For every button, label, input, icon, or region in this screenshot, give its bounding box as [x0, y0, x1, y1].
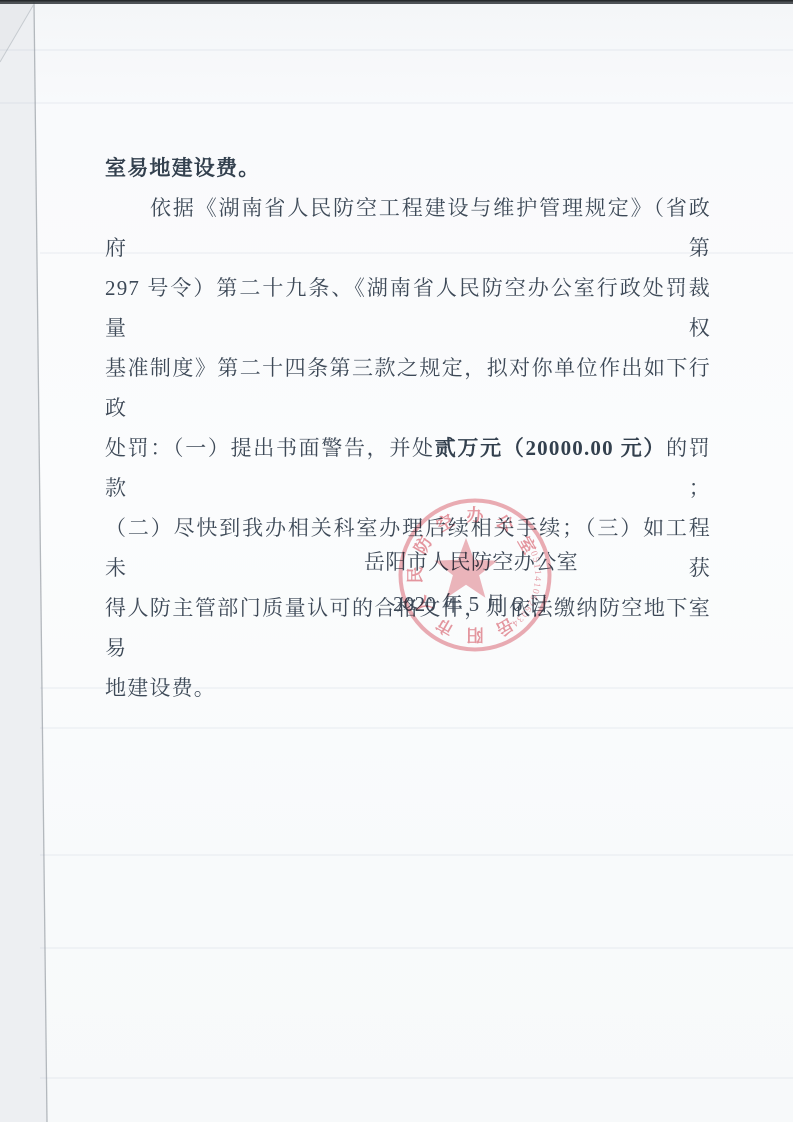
issue-date: 2020 年 5 月 6 日 [393, 588, 549, 618]
paper-edge-line [34, 2, 47, 1122]
body-line: 基准制度》第二十四条第三款之规定，拟对你单位作出如下行政 [105, 348, 711, 428]
scan-backing-strip [0, 0, 47, 1122]
paper-corner-fold-line [0, 4, 34, 62]
body-line: 地建设费。 [105, 668, 711, 708]
issuer-signature: 岳阳市人民防空办公室 [364, 546, 578, 576]
scanner-top-edge-dark [0, 0, 793, 2]
paper-corner-fold [0, 0, 34, 62]
body-line: 依据《湖南省人民防空工程建设与维护管理规定》（省政府第 [105, 188, 711, 268]
body-text: 室易地建设费。依据《湖南省人民防空工程建设与维护管理规定》（省政府第297 号令… [105, 148, 711, 708]
body-line: 室易地建设费。 [105, 148, 711, 188]
body-line: 297 号令）第二十九条、《湖南省人民防空办公室行政处罚裁量权 [105, 268, 711, 348]
body-line: 处罚：（一）提出书面警告，并处贰万元（20000.00 元）的罚款； [105, 428, 711, 508]
scanner-top-edge [0, 0, 793, 4]
scanned-document-page: 室易地建设费。依据《湖南省人民防空工程建设与维护管理规定》（省政府第297 号令… [0, 0, 793, 1122]
